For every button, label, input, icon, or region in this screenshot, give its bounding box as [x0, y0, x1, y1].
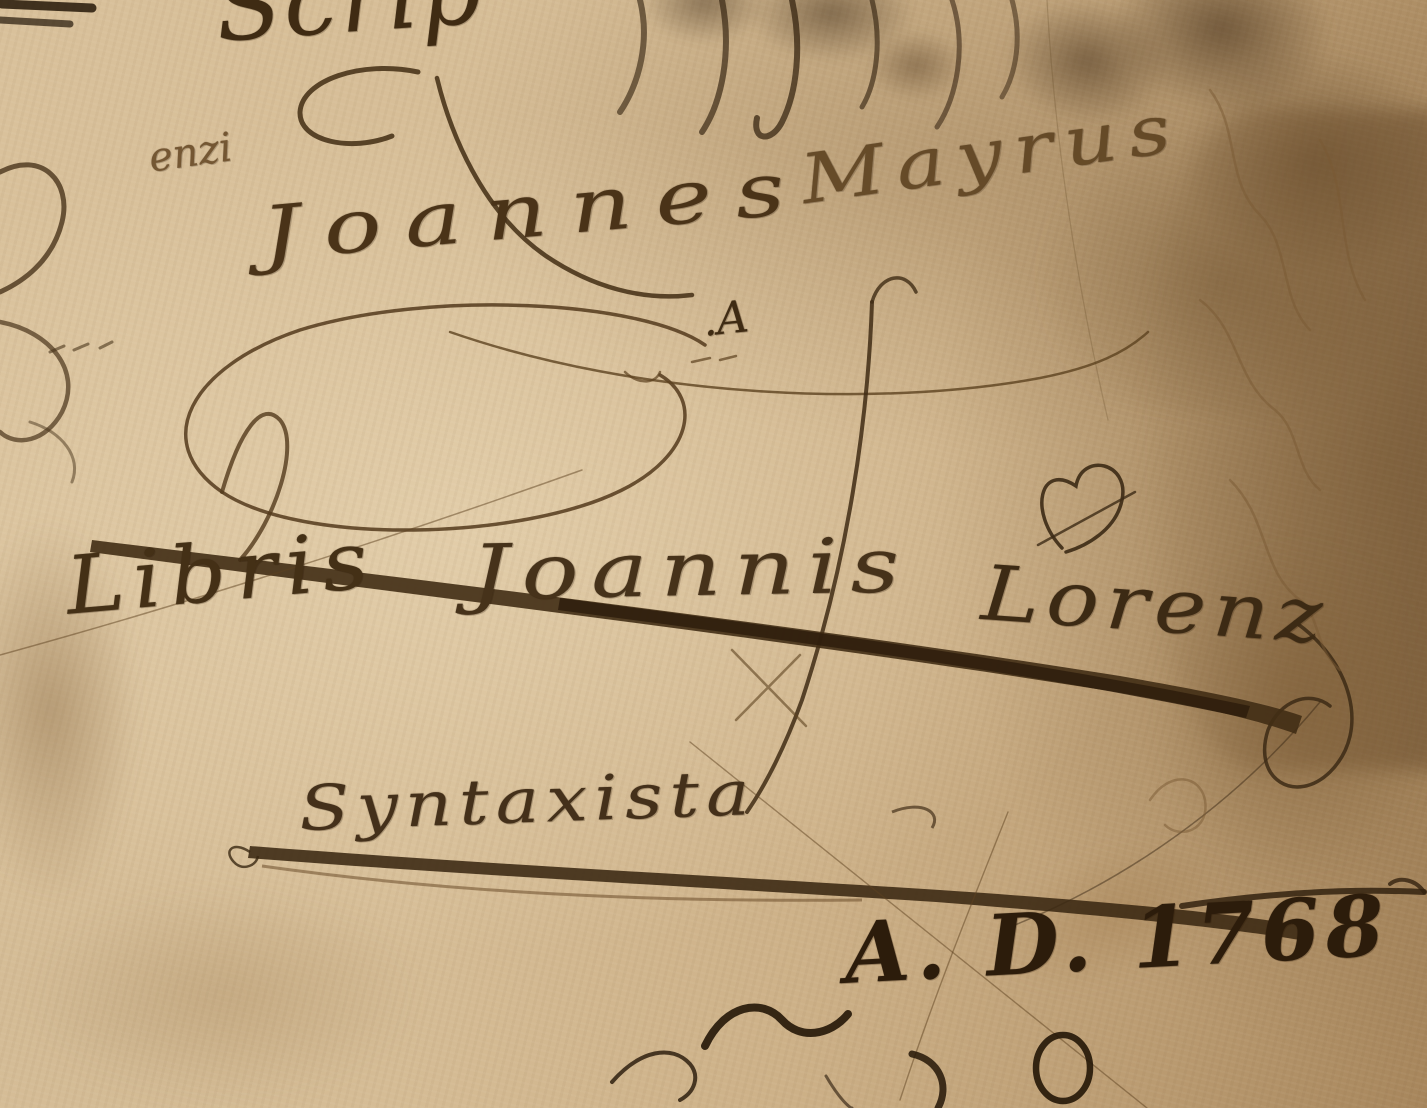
initial-mark-text: .A: [700, 291, 751, 347]
manuscript-page-photo: Scrip enzi Joannes Mayrus .A Libris Joan…: [0, 0, 1427, 1108]
inscription-initial-mark: .A: [700, 291, 751, 347]
inscription-exlibris-joannis: Joannis: [470, 520, 912, 617]
exlibris-word2-text: Joannis: [470, 520, 912, 617]
